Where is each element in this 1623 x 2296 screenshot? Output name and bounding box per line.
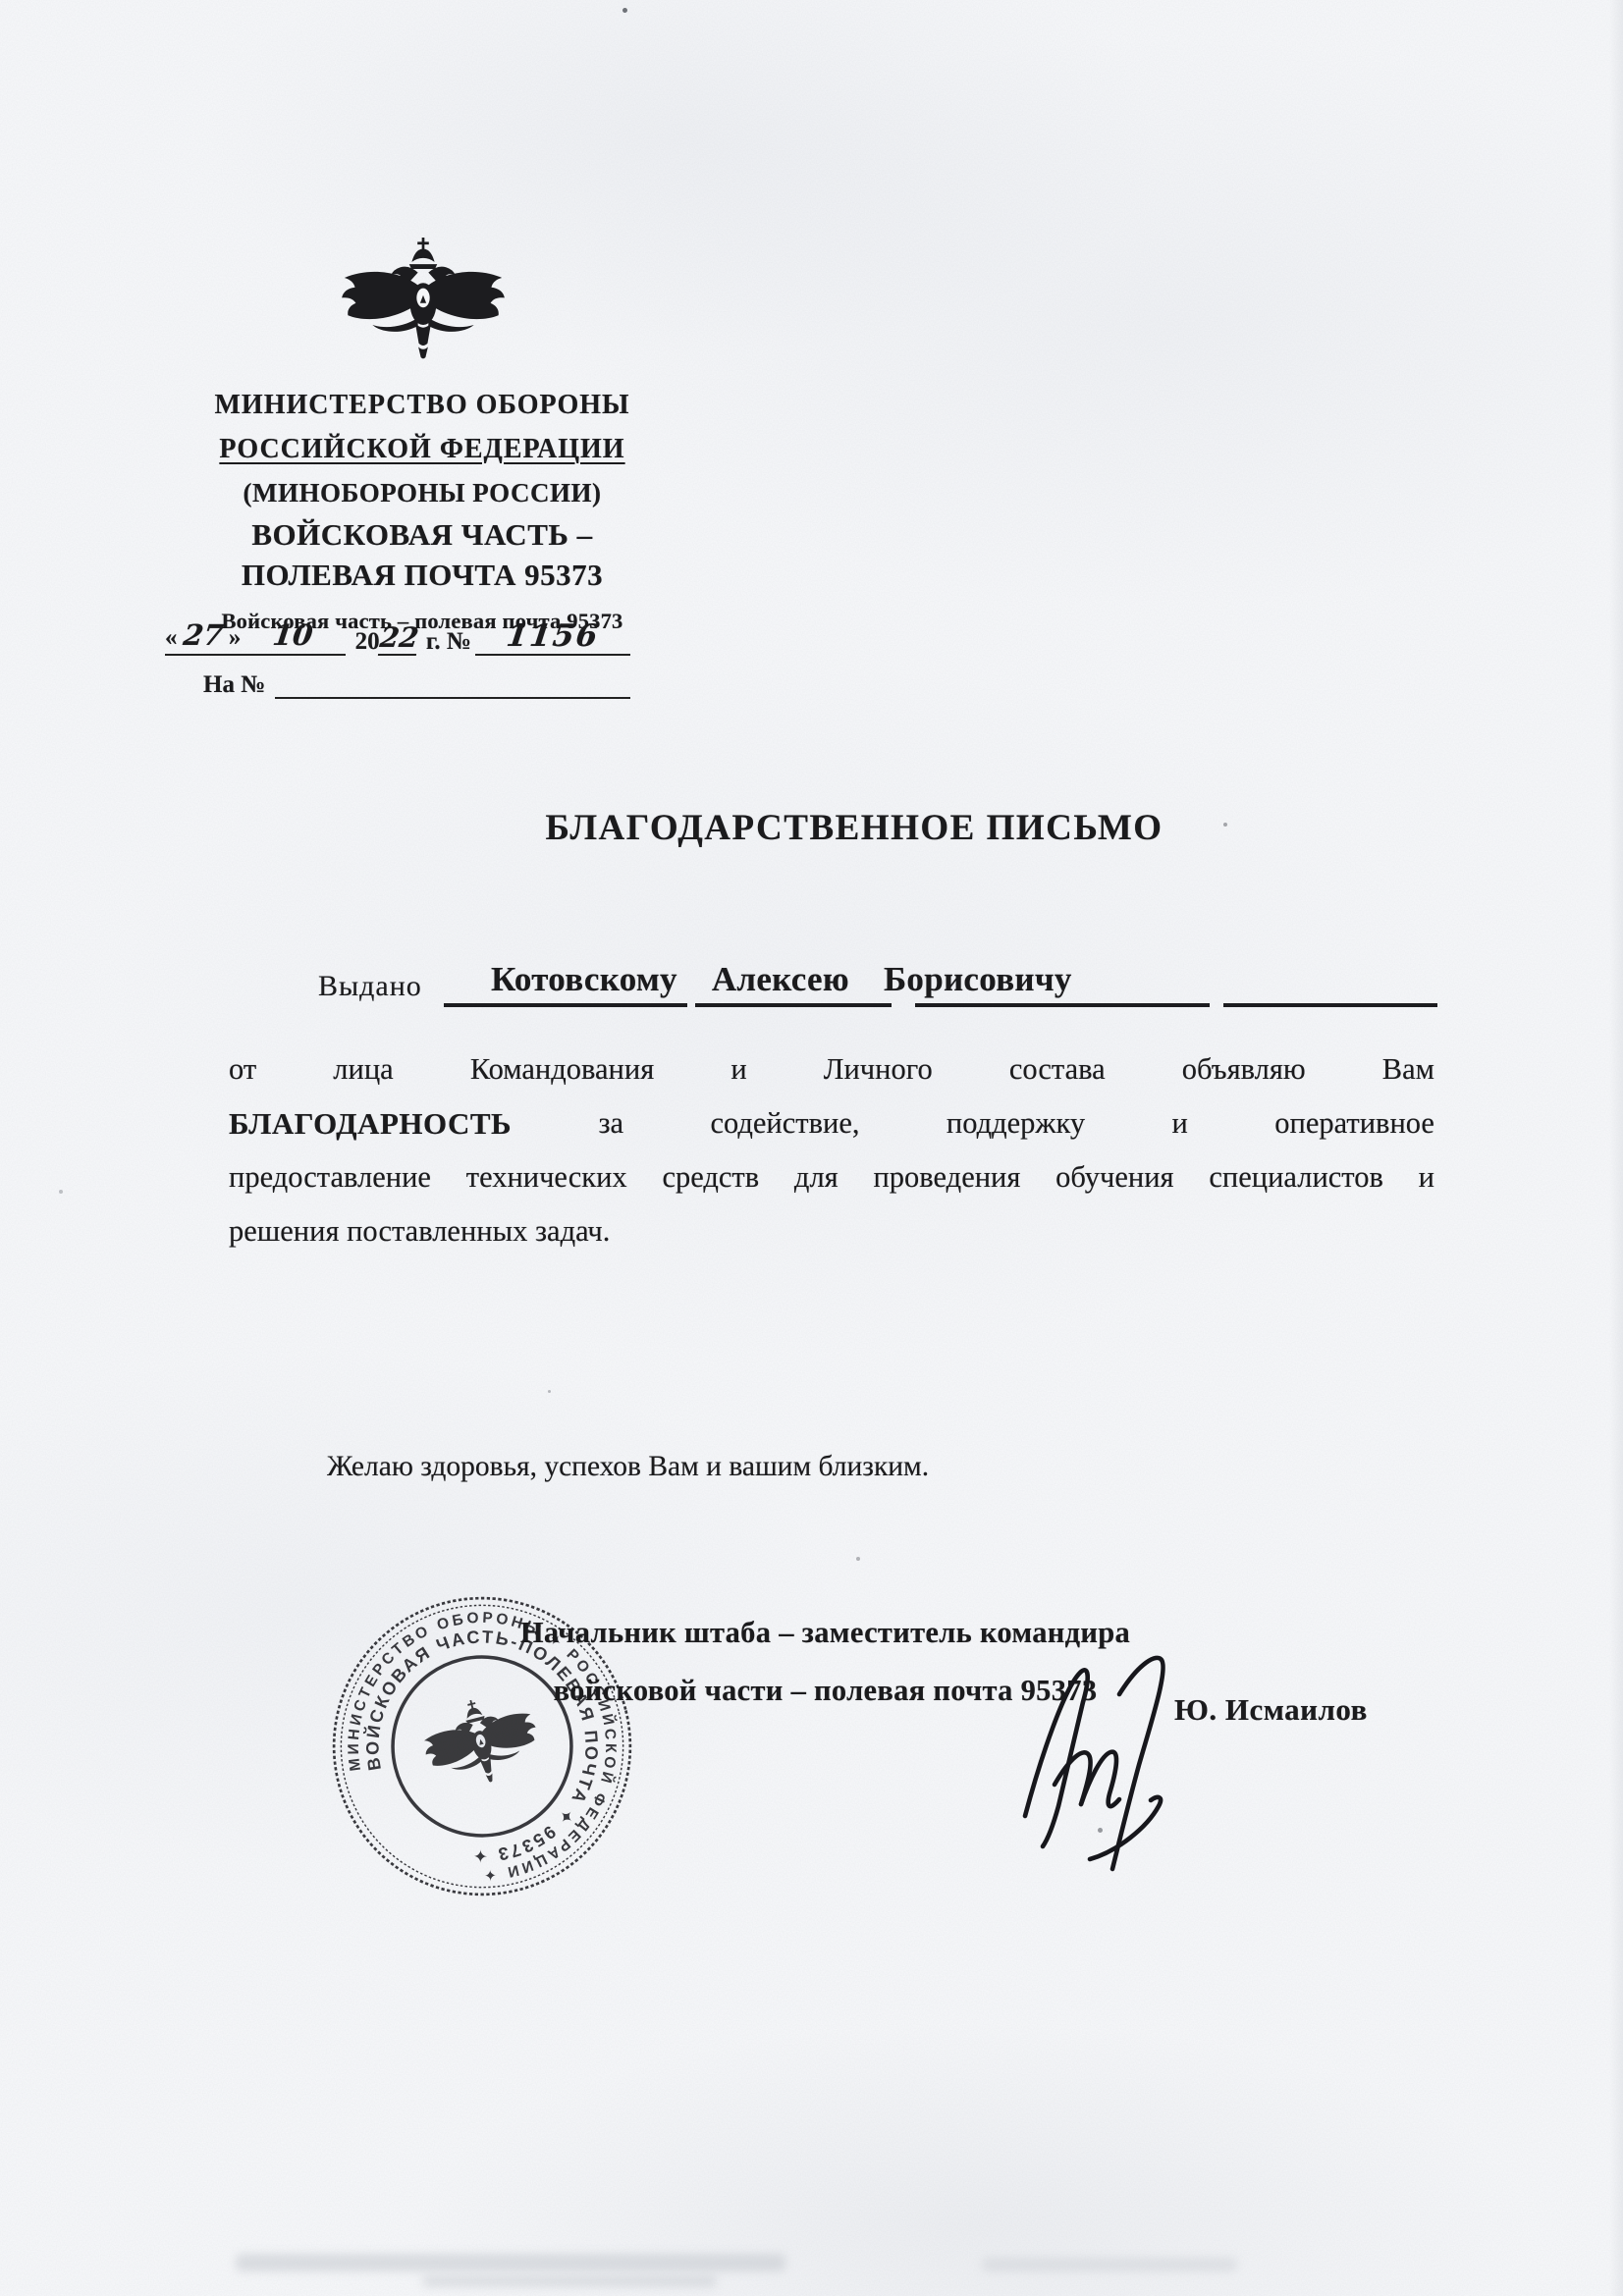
handwritten-year: 22 bbox=[377, 621, 419, 656]
reference-row: На № bbox=[203, 664, 630, 699]
letter-title: БЛАГОДАРСТВЕННОЕ ПИСЬМО bbox=[0, 807, 1623, 849]
body-word: от bbox=[229, 1042, 256, 1096]
org-name-line1: МИНИСТЕРСТВО ОБОРОНЫ bbox=[147, 383, 697, 427]
year-printed: 20 bbox=[355, 628, 380, 656]
handwritten-month: 10 bbox=[271, 618, 315, 652]
org-name-line2: РОССИЙСКОЙ ФЕДЕРАЦИИ bbox=[147, 427, 697, 471]
body-line-2: БЛАГОДАРНОСТЬ засодействие,поддержкуиопе… bbox=[229, 1096, 1434, 1150]
doc-number-segment: 1156 bbox=[475, 618, 630, 656]
body-line-3: предоставление технических средств для п… bbox=[229, 1150, 1434, 1204]
body-paragraph: отлицаКомандованияиЛичногосоставаобъявля… bbox=[229, 1042, 1434, 1258]
reference-label: На № bbox=[203, 671, 265, 699]
number-sign-label: г. № bbox=[420, 628, 471, 656]
body-word: содействие, bbox=[710, 1096, 859, 1150]
issued-underline-segment bbox=[1223, 1003, 1437, 1007]
body-word: лица bbox=[333, 1042, 393, 1096]
body-word: состава bbox=[1009, 1042, 1106, 1096]
body-line-1: отлицаКомандованияиЛичногосоставаобъявля… bbox=[229, 1042, 1434, 1096]
handwritten-day: 27 bbox=[181, 618, 225, 652]
wish-line: Желаю здоровья, успехов Вам и вашим близ… bbox=[327, 1451, 929, 1483]
body-word: за bbox=[598, 1096, 623, 1150]
body-word: Командования bbox=[470, 1042, 654, 1096]
scan-speck bbox=[548, 1390, 551, 1393]
bottom-scan-smudge bbox=[236, 2254, 785, 2271]
scan-speck bbox=[856, 1557, 860, 1561]
issued-to-line: Выдано Котовскому Алексею Борисовичу bbox=[318, 944, 1437, 1007]
scan-speck bbox=[1223, 823, 1227, 827]
issued-underline-segment bbox=[444, 1003, 687, 1007]
org-short-name: (МИНОБОРОНЫ РОССИИ) bbox=[147, 471, 697, 514]
body-line-4: решения поставленных задач. bbox=[229, 1204, 1434, 1258]
date-number-row: « 27 » 10 20 22 г. № 1156 bbox=[165, 618, 630, 656]
scan-speck bbox=[59, 1190, 63, 1194]
unit-name-line2: ПОЛЕВАЯ ПОЧТА 95373 bbox=[147, 555, 697, 595]
ministry-eagle-emblem-icon bbox=[327, 236, 519, 367]
bottom-scan-smudge bbox=[422, 2275, 717, 2287]
body-word: Личного bbox=[824, 1042, 933, 1096]
body-word: объявляю bbox=[1182, 1042, 1306, 1096]
date-day-segment: « 27 » 10 bbox=[165, 618, 346, 656]
bottom-scan-smudge bbox=[982, 2258, 1237, 2271]
body-word: поддержку bbox=[947, 1096, 1085, 1150]
issued-underline-segment bbox=[915, 1003, 1210, 1007]
letterhead: МИНИСТЕРСТВО ОБОРОНЫ РОССИЙСКОЙ ФЕДЕРАЦИ… bbox=[147, 383, 697, 636]
gratitude-word: БЛАГОДАРНОСТЬ bbox=[229, 1096, 512, 1150]
close-quote: » bbox=[229, 624, 242, 652]
recipient-name: Котовскому Алексею Борисовичу bbox=[491, 960, 1072, 999]
signer-position-line1: Начальник штаба – заместитель командира bbox=[332, 1616, 1319, 1650]
handwritten-doc-number: 1156 bbox=[505, 618, 602, 654]
scan-speck bbox=[622, 8, 627, 13]
body-word: оперативное bbox=[1274, 1096, 1434, 1150]
body-word: и bbox=[1172, 1096, 1188, 1150]
handwritten-signature bbox=[1003, 1651, 1210, 1887]
scanned-letter-page: МИНИСТЕРСТВО ОБОРОНЫ РОССИЙСКОЙ ФЕДЕРАЦИ… bbox=[0, 0, 1623, 2296]
body-word: Вам bbox=[1382, 1042, 1434, 1096]
open-quote: « bbox=[165, 624, 178, 652]
reference-blank-line bbox=[275, 664, 630, 699]
body-word: и bbox=[730, 1042, 746, 1096]
issued-label: Выдано bbox=[318, 970, 422, 1003]
issued-underline-segment bbox=[695, 1003, 892, 1007]
unit-name-line1: ВОЙСКОВАЯ ЧАСТЬ – bbox=[147, 514, 697, 555]
